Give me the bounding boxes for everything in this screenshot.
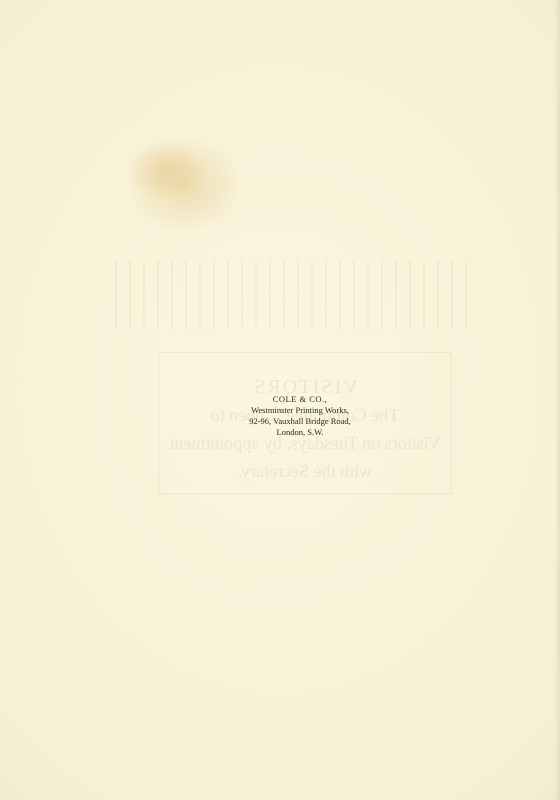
printer-works: Westminster Printing Works, [200, 405, 400, 416]
printer-name: COLE & CO., [200, 394, 400, 405]
page-edge [554, 0, 560, 800]
printer-imprint: COLE & CO., Westminster Printing Works, … [200, 394, 400, 438]
printer-city: London, S.W. [200, 427, 400, 438]
printer-address: 92-96, Vauxhall Bridge Road, [200, 416, 400, 427]
